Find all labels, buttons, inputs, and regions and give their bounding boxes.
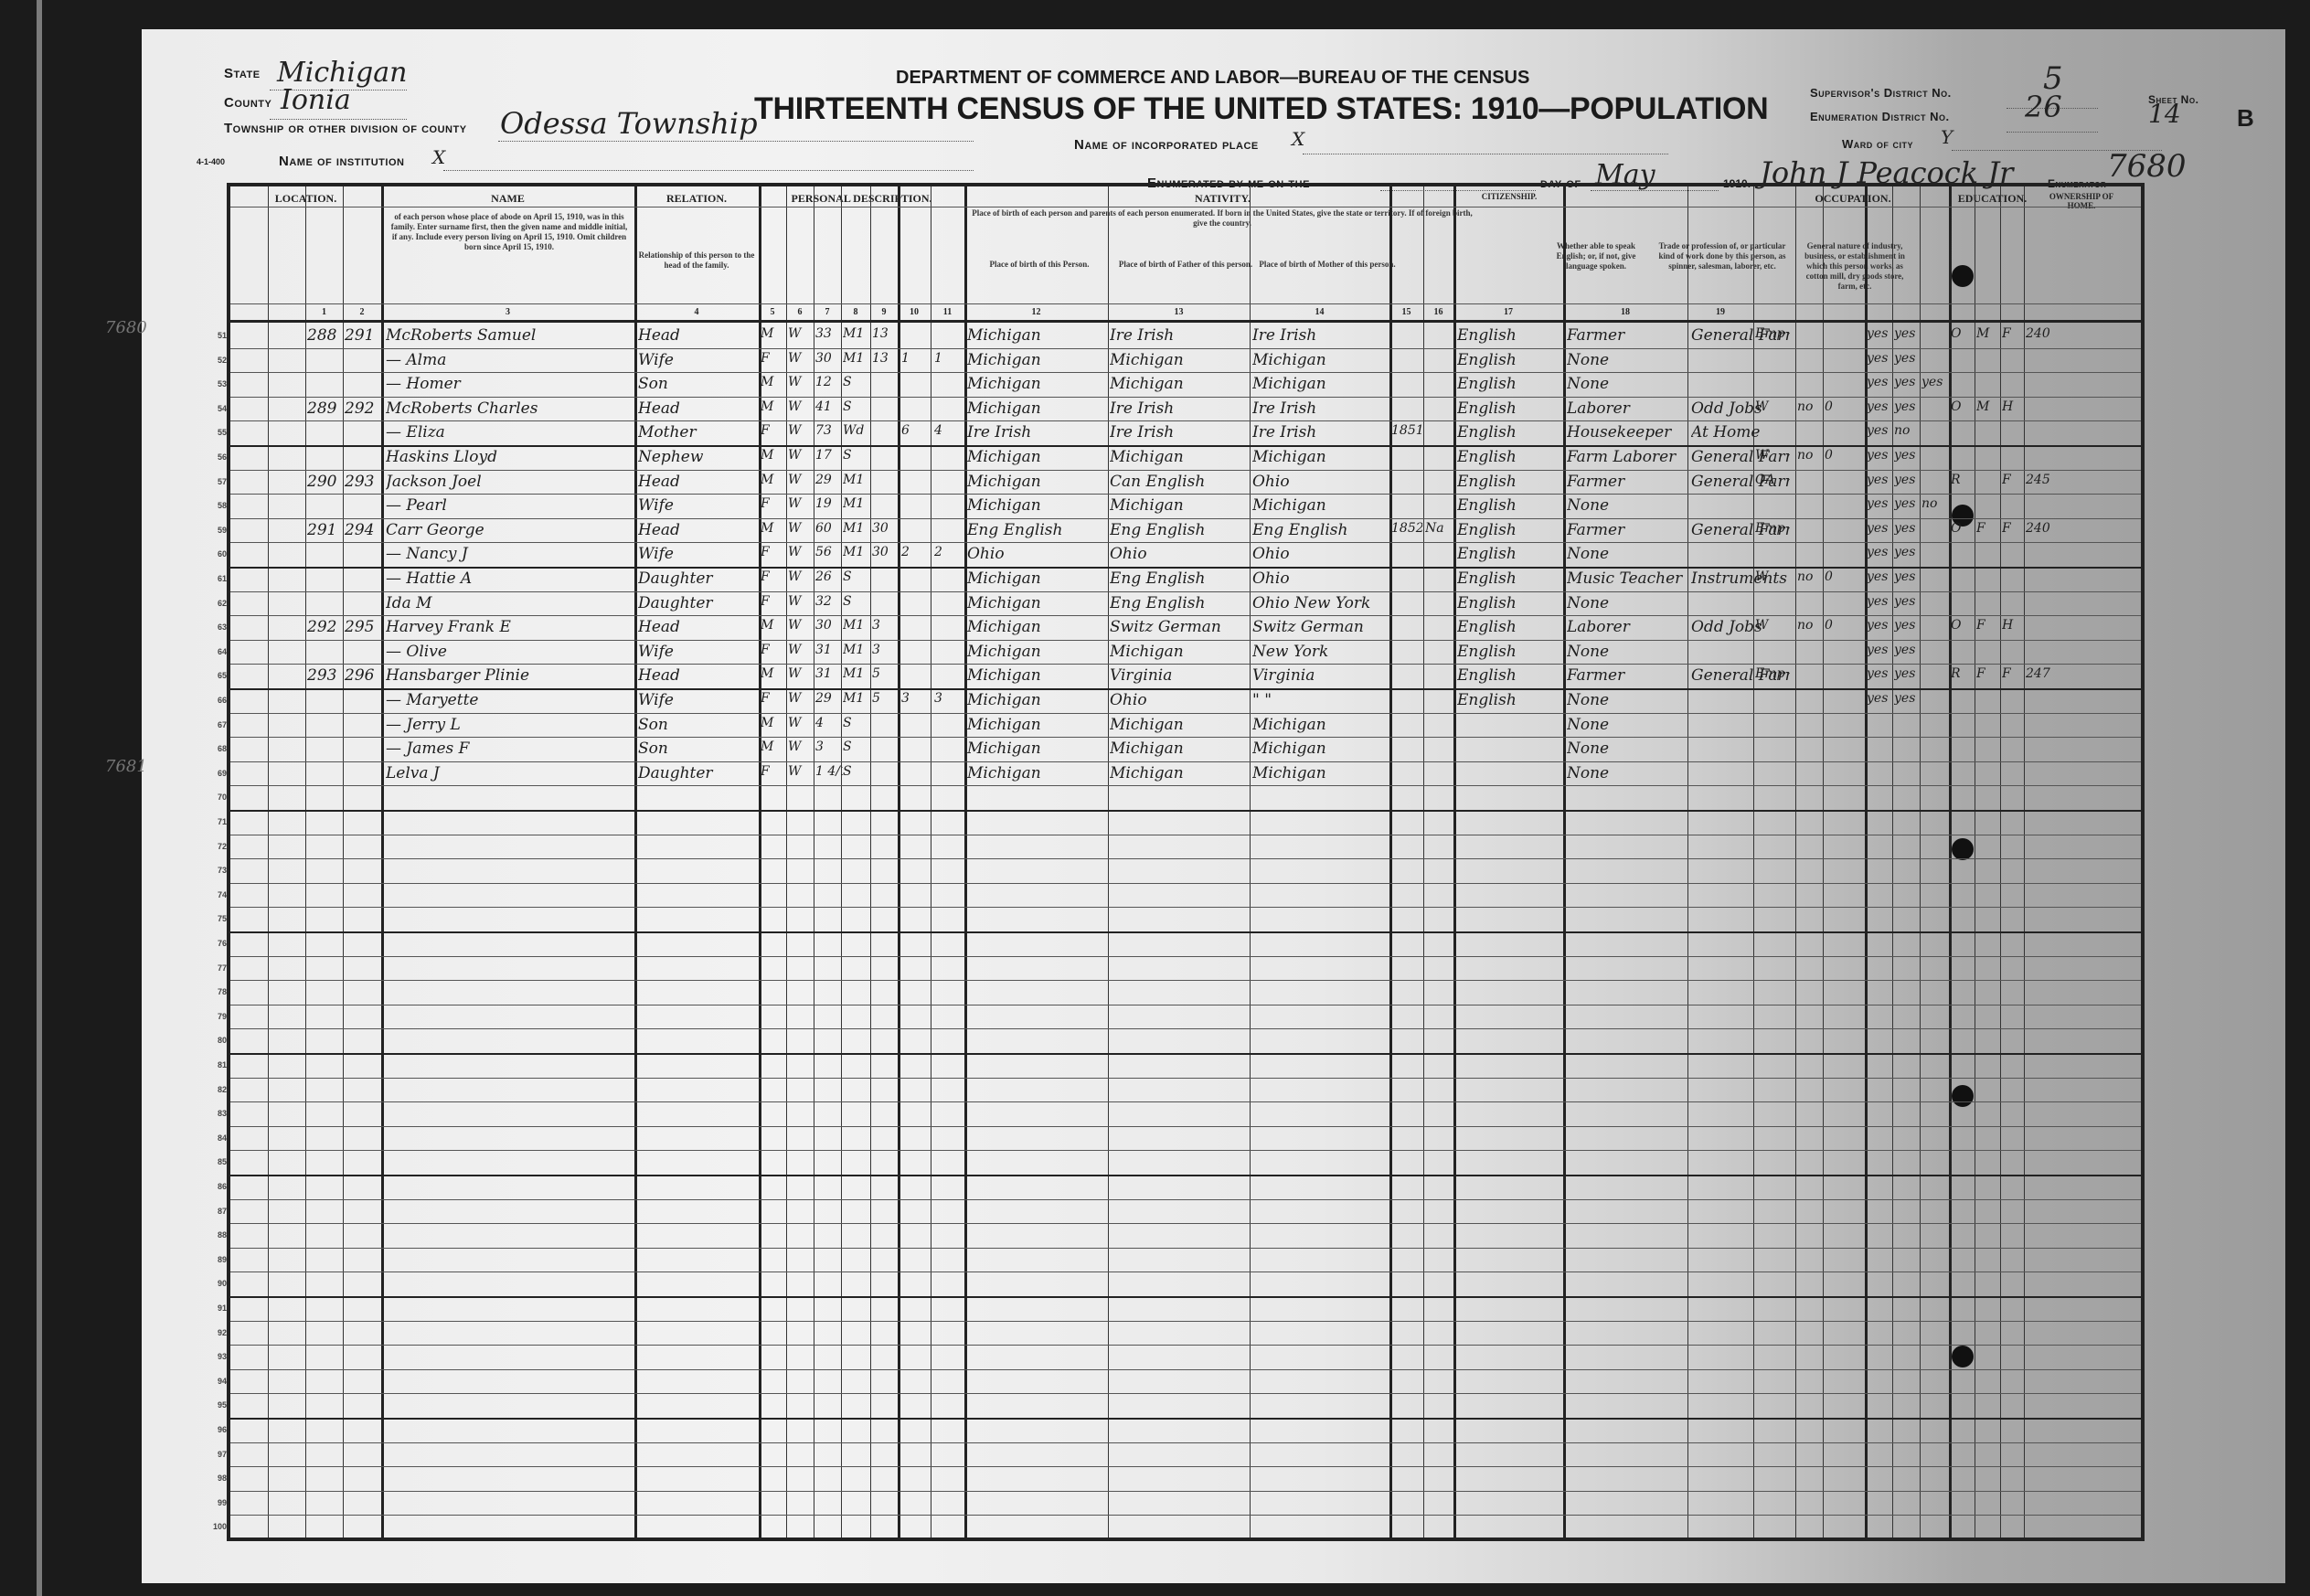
line-number: 92 (199, 1328, 227, 1337)
cell-trade: None (1567, 643, 1686, 661)
col-num: 11 (931, 307, 964, 317)
cell-trade: Farmer (1567, 666, 1686, 685)
cell-free: F (1976, 666, 2000, 681)
line-number: 86 (199, 1182, 227, 1191)
cell-name: Hansbarger Plinie (386, 666, 633, 685)
cell-farm: F (2002, 473, 2024, 487)
film-edge (37, 0, 42, 1596)
cell-write: yes (1894, 545, 1920, 559)
sheet-value: 14 (2148, 99, 2181, 129)
cell-name: — Nancy J (386, 545, 633, 563)
cell-school: no (1921, 496, 1947, 511)
cell-mother-birth: Ire Irish (1252, 326, 1389, 345)
cell-father-birth: Michigan (1110, 375, 1249, 393)
cell-father-birth: Eng English (1110, 594, 1249, 612)
line-number: 67 (199, 720, 227, 729)
cell-language: English (1457, 666, 1561, 685)
cell-mother-birth: Ohio (1252, 473, 1389, 491)
cell-school: yes (1921, 375, 1947, 389)
line-number: 68 (199, 744, 227, 753)
cell-write: yes (1894, 569, 1920, 584)
cell-name: — Jerry L (386, 716, 633, 734)
cell-marital: S (843, 739, 870, 754)
cell-house: 293 (307, 666, 344, 685)
line-number: 98 (199, 1474, 227, 1483)
cell-name: — Eliza (386, 423, 633, 442)
cell-mother-birth: Ohio (1252, 545, 1389, 563)
cell-write: yes (1894, 473, 1920, 487)
cell-sex: M (761, 618, 786, 633)
line-number: 80 (199, 1036, 227, 1045)
cell-sex: M (761, 473, 786, 487)
col-num: 4 (634, 307, 759, 317)
cell-write: yes (1894, 521, 1920, 536)
line-number: 78 (199, 987, 227, 996)
cell-trade: None (1567, 691, 1686, 709)
group-citizenship: CITIZENSHIP. (1481, 192, 1538, 201)
cell-language: English (1457, 643, 1561, 661)
cell-write: yes (1894, 448, 1920, 463)
cell-trade: None (1567, 351, 1686, 369)
cell-father-birth: Ohio (1110, 691, 1249, 709)
cell-years-married: 30 (872, 545, 898, 559)
cell-sched: 245 (2026, 473, 2062, 487)
cell-race: W (788, 594, 814, 609)
cell-mother-birth: Michigan (1252, 351, 1389, 369)
cell-relation: Son (638, 716, 757, 734)
cell-birth: Michigan (967, 716, 1106, 734)
cell-sex: F (761, 545, 786, 559)
group-relation: RELATION. (634, 192, 759, 206)
cell-read: yes (1867, 545, 1892, 559)
ward-label: Ward of city (1842, 137, 1913, 151)
cell-sex: F (761, 643, 786, 657)
line-number: 51 (199, 331, 227, 340)
cell-birth: Michigan (967, 496, 1106, 515)
cell-read: yes (1867, 423, 1892, 438)
cell-house: 291 (307, 521, 344, 539)
desc-birth-mother: Place of birth of Mother of this person. (1259, 260, 1396, 270)
cell-father-birth: Virginia (1110, 666, 1249, 685)
cell-work: no (1797, 448, 1823, 463)
enumeration-district-label: Enumeration District No. (1810, 110, 1950, 123)
cell-race: W (788, 473, 814, 487)
cell-relation: Daughter (638, 764, 757, 782)
cell-trade: Laborer (1567, 399, 1686, 418)
line-number: 83 (199, 1109, 227, 1118)
cell-own: O (1951, 326, 1975, 341)
col-num: 8 (841, 307, 870, 317)
cell-weeks: 0 (1825, 618, 1861, 633)
cell-write: yes (1894, 618, 1920, 633)
line-number: 88 (199, 1230, 227, 1240)
cell-living: 3 (934, 691, 962, 706)
sheet-side: B (2237, 104, 2254, 133)
cell-relation: Head (638, 618, 757, 636)
cell-sex: M (761, 375, 786, 389)
cell-race: W (788, 545, 814, 559)
cell-marital: M1 (843, 351, 870, 366)
cell-birth: Michigan (967, 448, 1106, 466)
cell-father-birth: Michigan (1110, 643, 1249, 661)
cell-free: F (1976, 618, 2000, 633)
desc-birth-father: Place of birth of Father of this person. (1117, 260, 1254, 270)
line-number: 93 (199, 1352, 227, 1361)
cell-house: 290 (307, 473, 344, 491)
cell-years-married: 30 (872, 521, 898, 536)
institution-label: Name of institution (279, 154, 404, 169)
cell-father-birth: Michigan (1110, 739, 1249, 758)
cell-read: yes (1867, 569, 1892, 584)
cell-age: 3 (815, 739, 843, 754)
cell-mother-birth: Michigan (1252, 496, 1389, 515)
cell-mother-birth: Michigan (1252, 716, 1389, 734)
cell-relation: Daughter (638, 594, 757, 612)
cell-name: Ida M (386, 594, 633, 612)
cell-age: 30 (815, 618, 843, 633)
col-num: 2 (343, 307, 381, 317)
cell-race: W (788, 691, 814, 706)
line-number: 97 (199, 1450, 227, 1459)
cell-own: R (1951, 666, 1975, 681)
cell-relation: Wife (638, 545, 757, 563)
cell-read: yes (1867, 399, 1892, 414)
cell-emp: W (1755, 399, 1795, 414)
cell-marital: M1 (843, 691, 870, 706)
cell-marital: S (843, 399, 870, 414)
cell-race: W (788, 569, 814, 584)
cell-age: 12 (815, 375, 843, 389)
cell-language: English (1457, 691, 1561, 709)
cell-father-birth: Michigan (1110, 351, 1249, 369)
cell-marital: S (843, 716, 870, 730)
cell-name: — Hattie A (386, 569, 633, 588)
cell-father-birth: Ire Irish (1110, 399, 1249, 418)
cell-trade: None (1567, 496, 1686, 515)
township-label: Township or other division of county (224, 121, 467, 136)
cell-name: Harvey Frank E (386, 618, 633, 636)
cell-father-birth: Ire Irish (1110, 326, 1249, 345)
cell-family: 292 (345, 399, 381, 418)
desc-language: Whether able to speak English; or, if no… (1543, 241, 1649, 271)
line-number: 79 (199, 1012, 227, 1021)
cell-name: Carr George (386, 521, 633, 539)
cell-sex: M (761, 326, 786, 341)
cell-relation: Daughter (638, 569, 757, 588)
cell-read: yes (1867, 594, 1892, 609)
cell-language: English (1457, 326, 1561, 345)
desc-relation: Relationship of this person to the head … (638, 250, 755, 271)
cell-trade: Music Teacher (1567, 569, 1686, 588)
cell-language: English (1457, 618, 1561, 636)
cell-family: 291 (345, 326, 381, 345)
cell-age: 56 (815, 545, 843, 559)
cell-birth: Michigan (967, 473, 1106, 491)
line-number: 63 (199, 622, 227, 632)
desc-birth-person: Place of birth of this Person. (971, 260, 1108, 270)
cell-sex: F (761, 691, 786, 706)
line-number: 87 (199, 1207, 227, 1216)
line-number: 85 (199, 1157, 227, 1166)
department-title: DEPARTMENT OF COMMERCE AND LABOR—BUREAU … (896, 68, 1529, 89)
cell-trade: Farmer (1567, 473, 1686, 491)
line-number: 100 (199, 1522, 227, 1531)
cell-language: English (1457, 448, 1561, 466)
cell-relation: Head (638, 326, 757, 345)
cell-mother-birth: Michigan (1252, 448, 1389, 466)
cell-birth: Michigan (967, 569, 1106, 588)
col-num: 19 (1687, 307, 1753, 317)
group-ownership: OWNERSHIP OF HOME. (2036, 192, 2127, 210)
cell-weeks: 0 (1825, 448, 1861, 463)
cell-name: McRoberts Charles (386, 399, 633, 418)
group-name: NAME (381, 192, 634, 206)
cell-father-birth: Michigan (1110, 496, 1249, 515)
cell-marital: S (843, 594, 870, 609)
line-number: 77 (199, 963, 227, 973)
line-number: 52 (199, 356, 227, 365)
cell-marital: S (843, 569, 870, 584)
cell-language: English (1457, 399, 1561, 418)
cell-emp: W (1755, 618, 1795, 633)
cell-weeks: 0 (1825, 569, 1861, 584)
line-number: 57 (199, 477, 227, 486)
desc-name: of each person whose place of abode on A… (390, 212, 628, 252)
cell-name: Haskins Lloyd (386, 448, 633, 466)
cell-house: 292 (307, 618, 344, 636)
cell-write: yes (1894, 666, 1920, 681)
cell-race: W (788, 618, 814, 633)
desc-trade: Trade or profession of, or particular ki… (1658, 241, 1786, 271)
cell-birth: Michigan (967, 399, 1106, 418)
cell-age: 31 (815, 666, 843, 681)
cell-own: R (1951, 473, 1975, 487)
cell-trade: None (1567, 764, 1686, 782)
cell-race: W (788, 716, 814, 730)
cell-age: 31 (815, 643, 843, 657)
cell-read: yes (1867, 521, 1892, 536)
cell-emp: W (1755, 448, 1795, 463)
cell-years-married: 3 (872, 618, 898, 633)
cell-emp: Emp (1755, 521, 1795, 536)
cell-birth: Michigan (967, 643, 1106, 661)
line-number: 91 (199, 1303, 227, 1313)
cell-language: English (1457, 375, 1561, 393)
cell-born: 6 (901, 423, 929, 438)
cell-years-married: 3 (872, 643, 898, 657)
cell-mother-birth: Ire Irish (1252, 399, 1389, 418)
cell-birth: Michigan (967, 764, 1106, 782)
cell-farm: F (2002, 326, 2024, 341)
cell-mother-birth: Eng English (1252, 521, 1389, 539)
cell-own: O (1951, 399, 1975, 414)
cell-sex: F (761, 423, 786, 438)
cell-relation: Head (638, 473, 757, 491)
cell-read: yes (1867, 473, 1892, 487)
cell-mother-birth: " " (1252, 691, 1389, 709)
cell-birth: Michigan (967, 326, 1106, 345)
cell-age: 32 (815, 594, 843, 609)
cell-language: English (1457, 521, 1561, 539)
line-number: 81 (199, 1060, 227, 1069)
cell-race: W (788, 739, 814, 754)
line-number: 75 (199, 914, 227, 923)
cell-marital: M1 (843, 521, 870, 536)
cell-write: yes (1894, 351, 1920, 366)
cell-relation: Mother (638, 423, 757, 442)
line-number: 94 (199, 1377, 227, 1386)
cell-read: yes (1867, 496, 1892, 511)
cell-read: yes (1867, 666, 1892, 681)
cell-sex: F (761, 594, 786, 609)
cell-trade: None (1567, 594, 1686, 612)
line-number: 65 (199, 671, 227, 680)
cell-living: 1 (934, 351, 962, 366)
cell-name: — James F (386, 739, 633, 758)
cell-sched: 247 (2026, 666, 2062, 681)
group-nativity: NATIVITY. (964, 192, 1481, 206)
cell-father-birth: Michigan (1110, 716, 1249, 734)
col-num: 13 (1108, 307, 1250, 317)
cell-mother-birth: New York (1252, 643, 1389, 661)
cell-read: yes (1867, 691, 1892, 706)
line-number: 99 (199, 1498, 227, 1507)
cell-read: yes (1867, 643, 1892, 657)
col-num: 10 (898, 307, 931, 317)
institution-value: X (432, 146, 445, 168)
cell-name: — Pearl (386, 496, 633, 515)
cell-name: Jackson Joel (386, 473, 633, 491)
cell-write: yes (1894, 496, 1920, 511)
cell-race: W (788, 643, 814, 657)
cell-work: no (1797, 618, 1823, 633)
county-value: Ionia (281, 84, 351, 116)
cell-emp: Emp (1755, 326, 1795, 341)
cell-race: W (788, 764, 814, 779)
cell-trade: None (1567, 739, 1686, 758)
cell-read: yes (1867, 375, 1892, 389)
cell-own: O (1951, 521, 1975, 536)
ward-value: Y (1941, 126, 1953, 148)
cell-work: no (1797, 569, 1823, 584)
cell-birth: Michigan (967, 618, 1106, 636)
cell-house: 288 (307, 326, 344, 345)
supervisor-district-label: Supervisor's District No. (1810, 86, 1952, 100)
cell-mother-birth: Switz German (1252, 618, 1389, 636)
cell-age: 30 (815, 351, 843, 366)
cell-read: yes (1867, 618, 1892, 633)
cell-language: English (1457, 351, 1561, 369)
cell-marital: M1 (843, 618, 870, 633)
cell-marital: M1 (843, 643, 870, 657)
cell-marital: M1 (843, 666, 870, 681)
col-num: 3 (381, 307, 634, 317)
cell-relation: Nephew (638, 448, 757, 466)
cell-age: 33 (815, 326, 843, 341)
col-num: 16 (1423, 307, 1453, 317)
line-number: 76 (199, 939, 227, 948)
cell-relation: Wife (638, 691, 757, 709)
line-number: 60 (199, 549, 227, 559)
col-num: 18 (1563, 307, 1687, 317)
cell-trade: None (1567, 716, 1686, 734)
cell-sex: M (761, 739, 786, 754)
line-number: 84 (199, 1133, 227, 1143)
group-personal: PERSONAL DESCRIPTION. (759, 192, 964, 206)
sheet-stamp: 7680 (2107, 148, 2187, 185)
cell-industry: At Home (1691, 423, 1790, 442)
margin-note-stamp: 7680 (105, 318, 147, 337)
cell-work: no (1797, 399, 1823, 414)
cell-trade: Laborer (1567, 618, 1686, 636)
cell-marital: M1 (843, 473, 870, 487)
cell-name: — Maryette (386, 691, 633, 709)
cell-farm: H (2002, 618, 2024, 633)
cell-write: yes (1894, 375, 1920, 389)
cell-write: yes (1894, 326, 1920, 341)
cell-sched: 240 (2026, 326, 2062, 341)
cell-relation: Head (638, 399, 757, 418)
cell-write: yes (1894, 643, 1920, 657)
cell-farm: H (2002, 399, 2024, 414)
cell-sex: F (761, 496, 786, 511)
incorporated-place-label: Name of incorporated place (1074, 137, 1259, 153)
cell-emp: OA (1755, 473, 1795, 487)
cell-sex: M (761, 521, 786, 536)
cell-father-birth: Eng English (1110, 521, 1249, 539)
line-number: 90 (199, 1279, 227, 1288)
cell-mother-birth: Ohio New York (1252, 594, 1389, 612)
cell-birth: Michigan (967, 594, 1106, 612)
line-number: 74 (199, 890, 227, 899)
cell-trade: None (1567, 545, 1686, 563)
cell-write: yes (1894, 691, 1920, 706)
line-number: 54 (199, 404, 227, 413)
cell-family: 293 (345, 473, 381, 491)
cell-language: English (1457, 496, 1561, 515)
cell-relation: Wife (638, 643, 757, 661)
cell-age: 73 (815, 423, 843, 438)
cell-family: 294 (345, 521, 381, 539)
cell-language: English (1457, 473, 1561, 491)
cell-trade: Farmer (1567, 326, 1686, 345)
cell-race: W (788, 375, 814, 389)
line-number: 89 (199, 1255, 227, 1264)
cell-language: English (1457, 594, 1561, 612)
cell-marital: S (843, 375, 870, 389)
line-number: 64 (199, 647, 227, 656)
cell-immig: 1851 (1391, 423, 1422, 438)
cell-weeks: 0 (1825, 399, 1861, 414)
cell-race: W (788, 351, 814, 366)
cell-born: 1 (901, 351, 929, 366)
col-num: 6 (786, 307, 814, 317)
cell-own: O (1951, 618, 1975, 633)
line-number: 70 (199, 793, 227, 802)
cell-family: 295 (345, 618, 381, 636)
cell-years-married: 5 (872, 666, 898, 681)
line-number: 71 (199, 817, 227, 826)
col-num: 12 (964, 307, 1108, 317)
cell-natz: Na (1425, 521, 1453, 536)
cell-relation: Son (638, 739, 757, 758)
cell-name: Lelva J (386, 764, 633, 782)
cell-father-birth: Ire Irish (1110, 423, 1249, 442)
cell-race: W (788, 423, 814, 438)
cell-years-married: 5 (872, 691, 898, 706)
cell-father-birth: Can English (1110, 473, 1249, 491)
col-num: 1 (305, 307, 343, 317)
